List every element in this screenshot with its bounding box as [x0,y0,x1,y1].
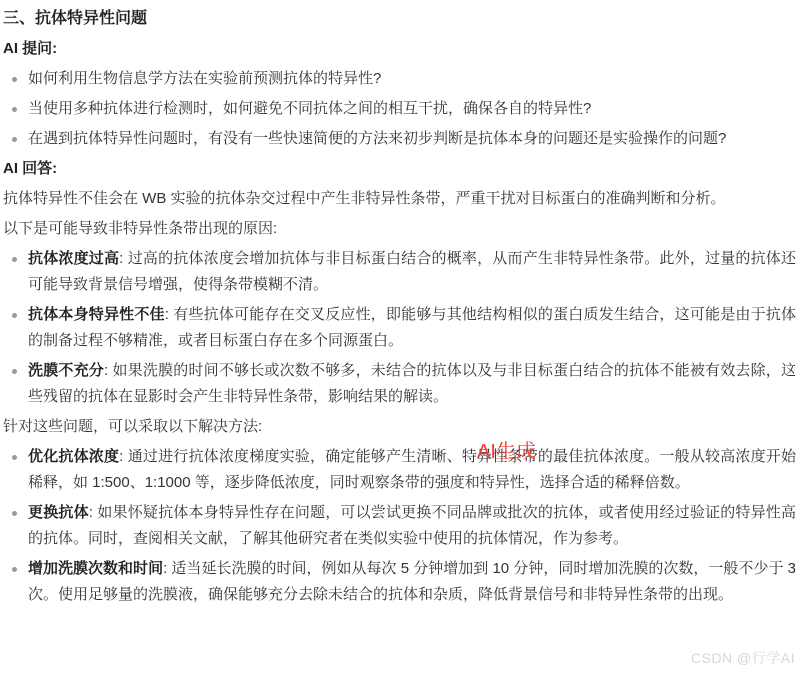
cause-term: 抗体浓度过高 [28,250,119,267]
solution-term: 更换抗体 [28,504,89,521]
bullet-icon [12,313,17,318]
term-separator: : [165,306,174,323]
watermark: CSDN @行学AI [691,650,795,666]
question-text: 在遇到抗体特异性问题时，有没有一些快速简便的方法来初步判断是抗体本身的问题还是实… [28,130,726,147]
ai-generated-badge: AI生成 [477,441,536,463]
cause-item: 抗体浓度过高: 过高的抗体浓度会增加抗体与非目标蛋白结合的概率，从而产生非特异性… [3,246,796,298]
cause-desc: 如果洗膜的时间不够长或次数不够多，未结合的抗体以及与非目标蛋白结合的抗体不能被有… [28,362,796,405]
question-item: 如何利用生物信息学方法在实验前预测抗体的特异性? [3,66,796,92]
ai-answer-header: AI 回答: [3,156,796,182]
solution-item: 增加洗膜次数和时间: 适当延长洗膜的时间，例如从每次 5 分钟增加到 10 分钟… [3,556,796,608]
bullet-icon [12,455,17,460]
term-separator: : [119,250,128,267]
cause-term: 洗膜不充分 [28,362,104,379]
question-text: 如何利用生物信息学方法在实验前预测抗体的特异性? [28,70,381,87]
solution-item: 优化抗体浓度: 通过进行抗体浓度梯度实验，确定能够产生清晰、特异性条带的最佳抗体… [3,444,796,496]
term-separator: : [104,362,113,379]
solution-desc: 如果怀疑抗体本身特异性存在问题，可以尝试更换不同品牌或批次的抗体，或者使用经过验… [28,504,796,547]
solution-desc: 通过进行抗体浓度梯度实验，确定能够产生清晰、特异性条带的最佳抗体浓度。一般从较高… [28,448,796,491]
solution-item: 更换抗体: 如果怀疑抗体本身特异性存在问题，可以尝试更换不同品牌或批次的抗体，或… [3,500,796,552]
section-title: 三、抗体特异性问题 [3,6,796,32]
solution-term: 增加洗膜次数和时间 [28,560,163,577]
bullet-icon [12,77,17,82]
question-item: 当使用多种抗体进行检测时，如何避免不同抗体之间的相互干扰，确保各自的特异性? [3,96,796,122]
cause-item: 抗体本身特异性不佳: 有些抗体可能存在交叉反应性，即能够与其他结构相似的蛋白质发… [3,302,796,354]
bullet-icon [12,257,17,262]
bullet-icon [12,369,17,374]
solutions-list: 优化抗体浓度: 通过进行抗体浓度梯度实验，确定能够产生清晰、特异性条带的最佳抗体… [3,444,796,608]
bullet-icon [12,511,17,516]
term-separator: : [119,448,128,465]
question-list: 如何利用生物信息学方法在实验前预测抗体的特异性? 当使用多种抗体进行检测时，如何… [3,66,796,152]
article: 三、抗体特异性问题 AI 提问: 如何利用生物信息学方法在实验前预测抗体的特异性… [3,6,796,608]
ai-question-header: AI 提问: [3,36,796,62]
solutions-lead: 针对这些问题，可以采取以下解决方法: [3,414,796,440]
cause-item: 洗膜不充分: 如果洗膜的时间不够长或次数不够多，未结合的抗体以及与非目标蛋白结合… [3,358,796,410]
causes-lead: 以下是可能导致非特异性条带出现的原因: [3,216,796,242]
cause-term: 抗体本身特异性不佳 [28,306,165,323]
question-item: 在遇到抗体特异性问题时，有没有一些快速简便的方法来初步判断是抗体本身的问题还是实… [3,126,796,152]
question-text: 当使用多种抗体进行检测时，如何避免不同抗体之间的相互干扰，确保各自的特异性? [28,100,591,117]
answer-intro: 抗体特异性不佳会在 WB 实验的抗体杂交过程中产生非特异性条带，严重干扰对目标蛋… [3,186,796,212]
bullet-icon [12,107,17,112]
cause-desc: 过高的抗体浓度会增加抗体与非目标蛋白结合的概率，从而产生非特异性条带。此外，过量… [28,250,796,293]
bullet-icon [12,137,17,142]
bullet-icon [12,567,17,572]
causes-list: 抗体浓度过高: 过高的抗体浓度会增加抗体与非目标蛋白结合的概率，从而产生非特异性… [3,246,796,410]
solution-term: 优化抗体浓度 [28,448,119,465]
